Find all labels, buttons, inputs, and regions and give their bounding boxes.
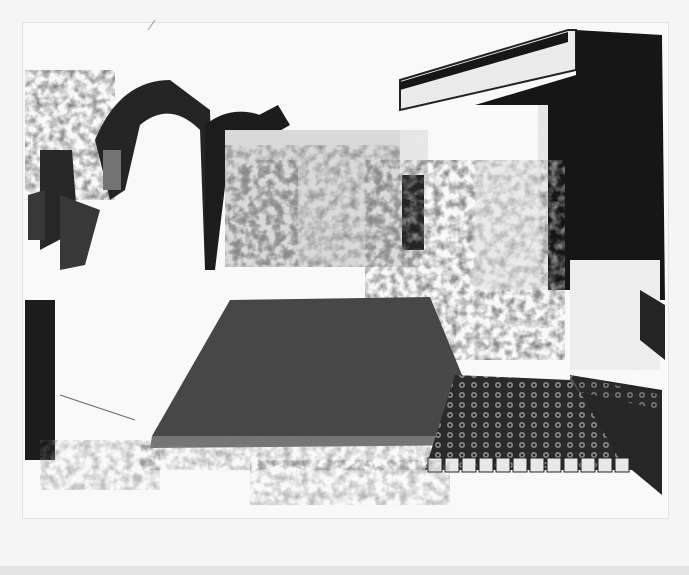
paper-sheet — [0, 0, 689, 575]
tiled-steps — [425, 375, 662, 495]
etching-artwork — [0, 0, 689, 575]
